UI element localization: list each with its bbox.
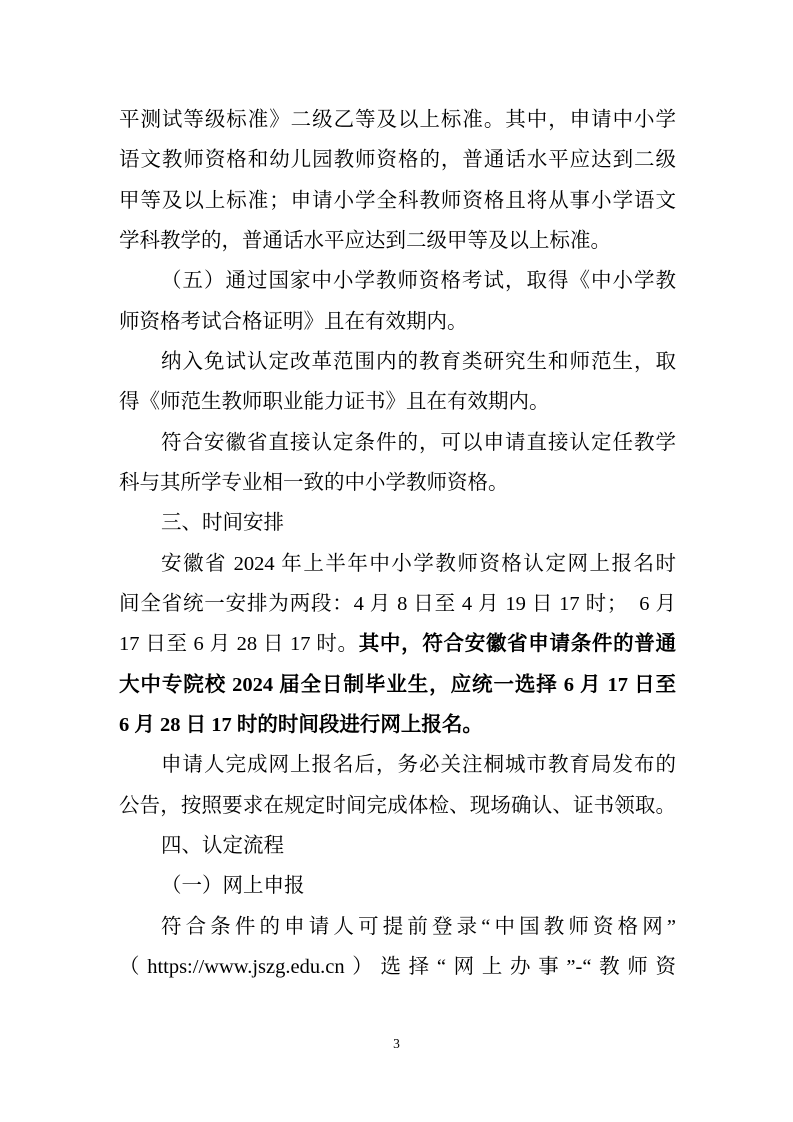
- doc-line: 甲等及以上标准；申请小学全科教师资格且将从事小学语文: [119, 181, 676, 221]
- doc-line: （五）通过国家中小学教师资格考试，取得《中小学教: [119, 261, 676, 301]
- doc-line: 平测试等级标准》二级乙等及以上标准。其中，申请中小学: [119, 100, 676, 140]
- document-page: 平测试等级标准》二级乙等及以上标准。其中，申请中小学 语文教师资格和幼儿园教师资…: [0, 0, 793, 1122]
- doc-line: 大中专院校 2024 届全日制毕业生，应统一选择 6 月 17 日至: [119, 665, 676, 705]
- doc-line: （https://www.jszg.edu.cn）选择“网上办事”-“教师资: [119, 947, 676, 987]
- doc-line: 语文教师资格和幼儿园教师资格的，普通话水平应达到二级: [119, 140, 676, 180]
- doc-line: 间全省统一安排为两段：4 月 8 日至 4 月 19 日 17 时； 6 月: [119, 584, 676, 624]
- doc-line: 公告，按照要求在规定时间完成体检、现场确认、证书领取。: [119, 786, 676, 826]
- doc-line: 17 日至 6 月 28 日 17 时。其中，符合安徽省申请条件的普通: [119, 624, 676, 664]
- page-number: 3: [0, 1034, 793, 1054]
- doc-line-regular-run: 17 日至 6 月 28 日 17 时。: [119, 633, 359, 655]
- section-heading: 四、认定流程: [119, 826, 676, 866]
- doc-line: 符合安徽省直接认定条件的，可以申请直接认定任教学: [119, 423, 676, 463]
- doc-line: 学科教学的，普通话水平应达到二级甲等及以上标准。: [119, 221, 676, 261]
- subsection-heading: （一）网上申报: [119, 866, 676, 906]
- section-heading: 三、时间安排: [119, 503, 676, 543]
- doc-line: 符合条件的申请人可提前登录“中国教师资格网”: [119, 907, 676, 947]
- doc-line-bold-run: 其中，符合安徽省申请条件的普通: [359, 633, 676, 655]
- doc-line: 纳入免试认定改革范围内的教育类研究生和师范生，取: [119, 342, 676, 382]
- doc-line: 科与其所学专业相一致的中小学教师资格。: [119, 463, 676, 503]
- doc-line: 得《师范生教师职业能力证书》且在有效期内。: [119, 382, 676, 422]
- doc-line: 安徽省 2024 年上半年中小学教师资格认定网上报名时: [119, 544, 676, 584]
- doc-line: 师资格考试合格证明》且在有效期内。: [119, 302, 676, 342]
- document-body: 平测试等级标准》二级乙等及以上标准。其中，申请中小学 语文教师资格和幼儿园教师资…: [119, 100, 676, 987]
- doc-line: 6 月 28 日 17 时的时间段进行网上报名。: [119, 705, 676, 745]
- doc-line: 申请人完成网上报名后，务必关注桐城市教育局发布的: [119, 745, 676, 785]
